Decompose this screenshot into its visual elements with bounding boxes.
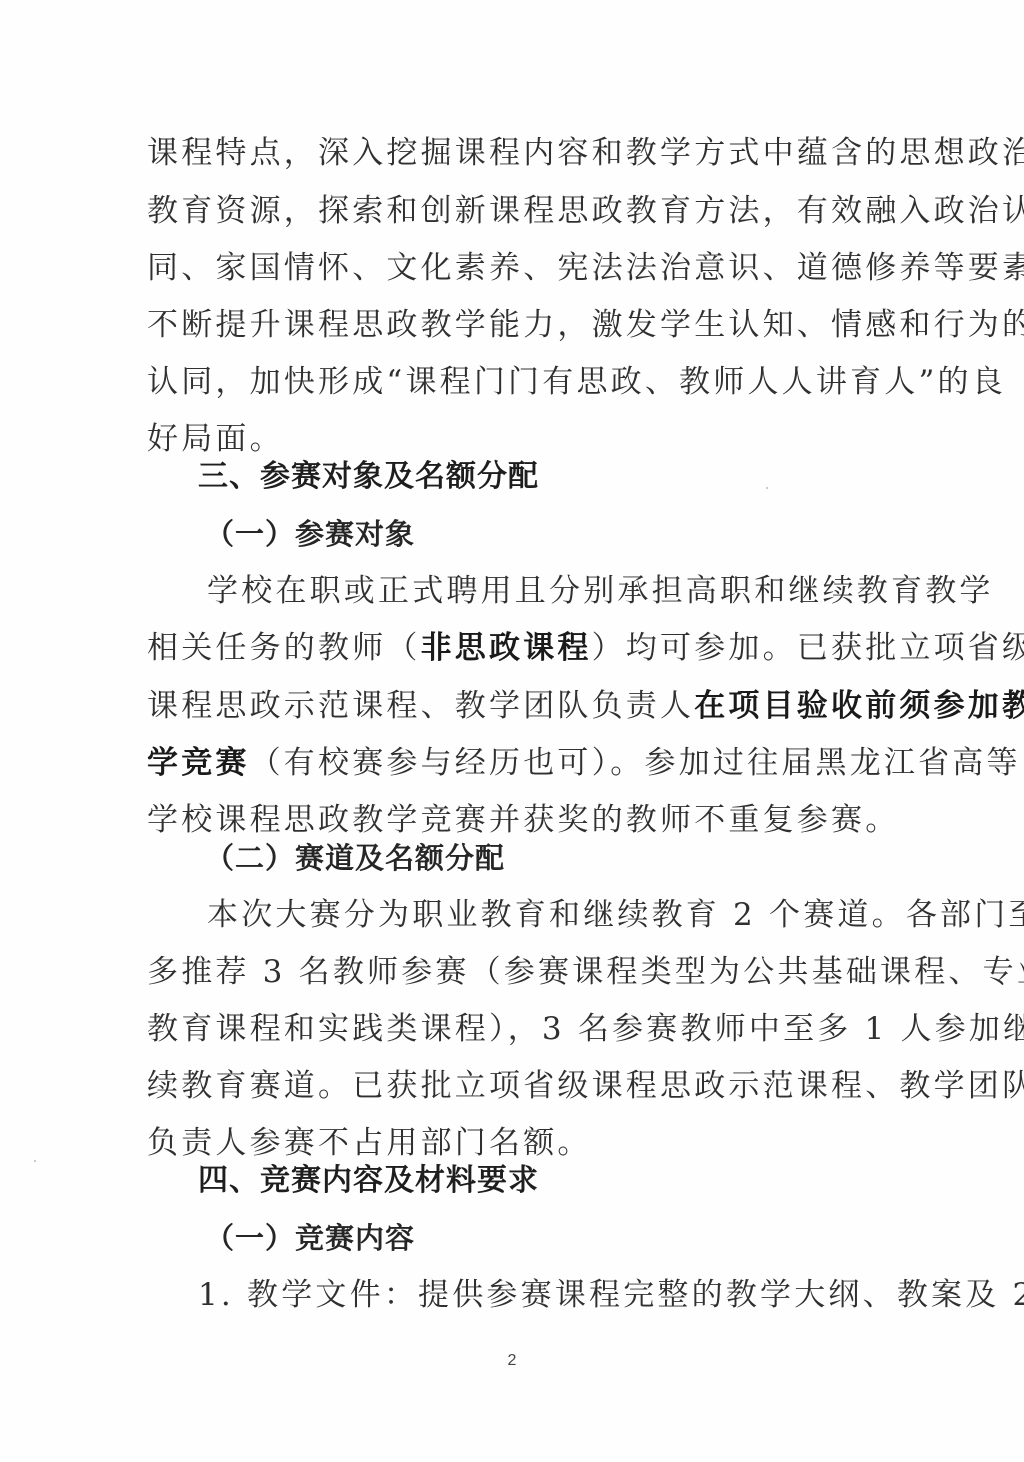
text-span: ）均可参加。已获批立项省级 <box>592 630 1024 666</box>
text-span: 相关任务的教师（ <box>147 630 421 666</box>
paragraph-line: 多推荐 3 名教师参赛（参赛课程类型为公共基础课程、专业 <box>147 952 877 992</box>
bold-emphasis: 非思政课程 <box>421 630 592 666</box>
list-item: 1. 教学文件：提供参赛课程完整的教学大纲、教案及 2 <box>198 1275 928 1315</box>
scan-artifact <box>766 487 768 489</box>
paragraph-line: 学校课程思政教学竞赛并获奖的教师不重复参赛。 <box>147 800 877 840</box>
text-span: 课程思政示范课程、教学团队负责人 <box>147 688 694 724</box>
scan-artifact <box>34 1160 36 1162</box>
paragraph-line: 续教育赛道。已获批立项省级课程思政示范课程、教学团队 <box>147 1066 877 1106</box>
subsection-heading-tracks: （二）赛道及名额分配 <box>205 838 505 878</box>
paragraph-line: 好局面。 <box>147 419 877 459</box>
paragraph-line: 本次大赛分为职业教育和继续教育 2 个赛道。各部门至 <box>207 895 937 935</box>
paragraph-line: 同、家国情怀、文化素养、宪法法治意识、道德修养等要素， <box>147 248 877 288</box>
document-page: 课程特点，深入挖掘课程内容和教学方式中蕴含的思想政治 教育资源，探索和创新课程思… <box>0 0 1024 1462</box>
bold-emphasis: 在项目验收前须参加教 <box>694 688 1024 724</box>
bold-emphasis: 学竞赛 <box>147 745 250 781</box>
section-heading-4: 四、竞赛内容及材料要求 <box>198 1161 539 1201</box>
paragraph-line: 认同，加快形成“课程门门有思政、教师人人讲育人”的良 <box>147 362 877 402</box>
paragraph-line: 负责人参赛不占用部门名额。 <box>147 1123 877 1163</box>
paragraph-line: 课程特点，深入挖掘课程内容和教学方式中蕴含的思想政治 <box>147 133 877 173</box>
section-heading-3: 三、参赛对象及名额分配 <box>198 457 539 497</box>
paragraph-line: 教育课程和实践类课程），3 名参赛教师中至多 1 人参加继 <box>147 1009 877 1049</box>
paragraph-line: 学校在职或正式聘用且分别承担高职和继续教育教学 <box>207 571 937 611</box>
subsection-heading-participants: （一）参赛对象 <box>205 514 415 554</box>
subsection-heading-content: （一）竞赛内容 <box>205 1218 415 1258</box>
text-span: （有校赛参与经历也可）。参加过往届黑龙江省高等 <box>250 745 1021 781</box>
paragraph-line: 不断提升课程思政教学能力，激发学生认知、情感和行为的 <box>147 305 877 345</box>
paragraph-line: 相关任务的教师（非思政课程）均可参加。已获批立项省级 <box>147 628 877 668</box>
page-number: 2 <box>0 1352 1024 1370</box>
paragraph-line: 课程思政示范课程、教学团队负责人在项目验收前须参加教 <box>147 686 877 726</box>
paragraph-line: 教育资源，探索和创新课程思政教育方法，有效融入政治认 <box>147 191 877 231</box>
paragraph-line: 学竞赛（有校赛参与经历也可）。参加过往届黑龙江省高等 <box>147 743 877 783</box>
